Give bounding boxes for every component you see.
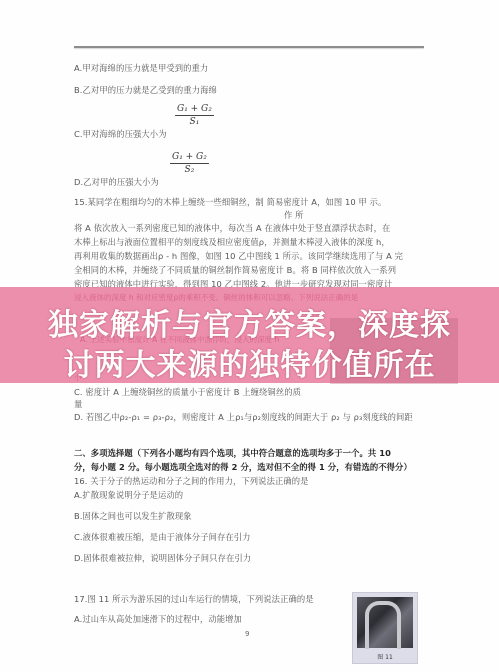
q16-option-b: B.固体之间也可以发生扩散现象 [74, 510, 192, 522]
q15-option-d: D. 若图乙中ρ₂-ρ₁ = ρ₃-ρ₂，则密度计 A 上ρ₁与ρ₂刻度线的间距… [74, 411, 413, 423]
q15-option-c: C. 密度计 A 上缠绕铜丝的质量小于密度计 B 上缠绕铜丝的质 [74, 386, 301, 398]
figure-11-rollercoaster: 图 11 [352, 592, 418, 664]
banner-headline-line-2: 讨两大来源的独特价值所在 [0, 340, 499, 384]
track-arc [365, 601, 401, 649]
q17-stem: 17.图 11 所示为游乐园的过山车运行的情境，下列说法正确的是 [74, 593, 314, 605]
q14-option-b: B.乙对甲的压力就是乙受到的重力海绵 [74, 84, 217, 96]
q17-option-a: A.过山车从高处加速滑下的过程中，动能增加 [74, 613, 242, 625]
exam-page: A.甲对海绵的压力就是甲受到的重力 B.乙对甲的压力就是乙受到的重力海绵 G₁ … [0, 0, 499, 672]
q15-line-4: 再利用收集的数据画出ρ - h 图像，如图 10 乙中图线 1 所示。该同学继续… [74, 250, 403, 262]
q14-option-c: C.甲对海绵的压强大小为 [74, 128, 167, 140]
page-number: 9 [245, 630, 249, 638]
q15-line-2: 将 A 依次放入一系列密度已知的液体中，每次当 A 在液体中处于竖直漂浮状态时，… [74, 222, 390, 234]
banner-headline-line-1: 独家解析与官方答案，深度探 [0, 300, 499, 344]
q14-option-d: D.乙对甲的压强大小为 [74, 176, 159, 188]
q15-option-c-tail: 量 [74, 398, 82, 410]
q15-line-3: 木棒上标出与液面位置相平的刻度线及相应密度值ρ，并测量木棒浸入液体的深度 h， [74, 236, 390, 248]
header-rule [74, 46, 424, 48]
q15-line-5: 全相同的木棒，并缠绕了不同质量的铜丝制作简易密度计 B。将 B 同样依次放入一系… [74, 264, 396, 276]
formula-d: G₁ + G₂ S₂ [170, 152, 209, 175]
q16-option-d: D.固体很难被拉伸，说明固体分子间只存在引力 [74, 552, 251, 564]
formula-c: G₁ + G₂ S₁ [175, 104, 214, 127]
q15-line-1: 15.某同学在粗细均匀的木棒上缠绕一些细铜丝，制 简易密度计 A，如图 10 甲… [74, 196, 386, 208]
q16-option-c: C.液体很难被压缩，是由于液体分子间存在引力 [74, 531, 251, 543]
q16-stem: 16. 关于分子的热运动和分子之间的作用力，下列说法正确的是 [74, 475, 309, 487]
q14-option-a: A.甲对海绵的压力就是甲受到的重力 [74, 62, 208, 74]
figure-caption: 图 11 [353, 652, 417, 661]
section2-heading-2: 分，每小题 2 分。每小题选项全选对的得 2 分，选对但不全的得 1 分，有错选… [74, 461, 412, 473]
section2-heading-1: 二、多项选择题（下列各小题均有四个选项，其中符合题意的选项均多于一个。共 10 [74, 447, 391, 459]
q16-option-a: A.扩散现象说明分子是运动的 [74, 489, 183, 501]
q15-line-1b: 作 所 [284, 209, 304, 221]
